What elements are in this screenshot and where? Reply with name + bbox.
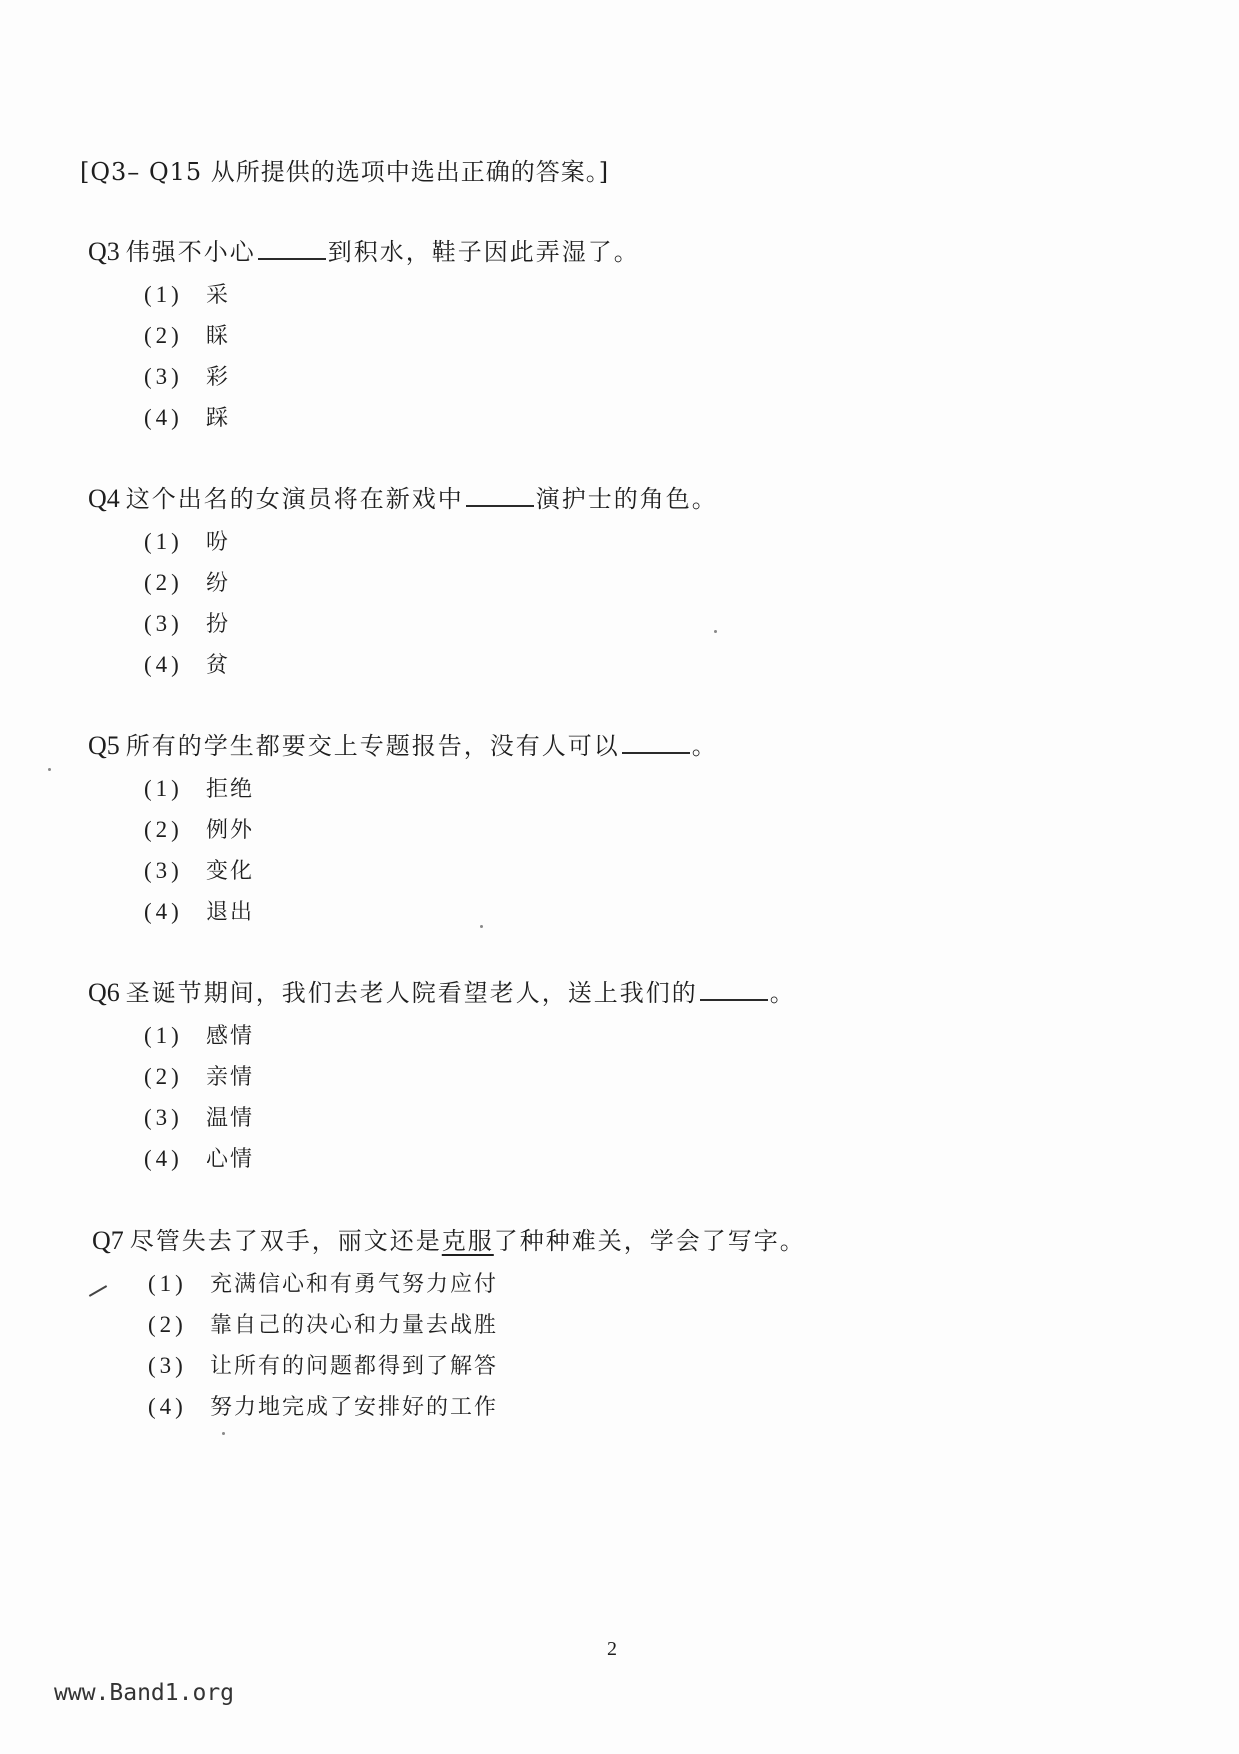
question-q5: Q5所有的学生都要交上专题报告，没有人可以。 (1)拒绝 (2)例外 (3)变化… (88, 726, 718, 932)
scan-speck (480, 925, 483, 928)
option-text: 吩 (206, 530, 230, 555)
option-text: 睬 (206, 324, 230, 349)
stem-text-before: 圣诞节期间，我们去老人院看望老人，送上我们的 (126, 979, 698, 1007)
option-2[interactable]: (2)睬 (144, 315, 640, 356)
question-number: Q3 (88, 237, 120, 266)
option-number: (2) (144, 315, 206, 356)
option-text: 温情 (206, 1106, 254, 1131)
option-text: 彩 (206, 365, 230, 390)
option-text: 让所有的问题都得到了解答 (210, 1354, 498, 1379)
option-number: (2) (144, 1056, 206, 1097)
option-4[interactable]: (4)贫 (144, 644, 718, 685)
option-number: (2) (144, 809, 206, 850)
option-2[interactable]: (2)例外 (144, 809, 718, 850)
section-instruction: [Q3– Q15 从所提供的选项中选出正确的答案。] (80, 152, 609, 187)
scan-speck (714, 630, 717, 633)
option-4[interactable]: (4)退出 (144, 891, 718, 932)
option-4[interactable]: (4)心情 (144, 1138, 796, 1179)
question-stem: Q7尽管失去了双手，丽文还是克服了种种难关，学会了写字。 (92, 1221, 806, 1261)
option-2[interactable]: (2)亲情 (144, 1056, 796, 1097)
stem-text-before: 尽管失去了双手，丽文还是 (130, 1227, 442, 1255)
option-number: (1) (144, 768, 206, 809)
option-1[interactable]: (1)采 (144, 274, 640, 315)
question-number: Q6 (88, 978, 120, 1007)
option-text: 踩 (206, 406, 230, 431)
option-list: (1)感情 (2)亲情 (3)温情 (4)心情 (144, 1015, 796, 1179)
option-number: (3) (144, 850, 206, 891)
stem-text-after: 。 (692, 732, 718, 760)
option-4[interactable]: (4)努力地完成了安排好的工作 (148, 1386, 806, 1427)
option-number: (4) (148, 1386, 210, 1427)
option-1[interactable]: (1)吩 (144, 521, 718, 562)
option-number: (3) (144, 603, 206, 644)
option-text: 努力地完成了安排好的工作 (210, 1395, 498, 1420)
option-text: 纷 (206, 571, 230, 596)
option-3[interactable]: (3)温情 (144, 1097, 796, 1138)
option-text: 亲情 (206, 1065, 254, 1090)
option-text: 充满信心和有勇气努力应付 (210, 1272, 498, 1297)
stem-text-after: 了种种难关，学会了写字。 (494, 1227, 806, 1255)
question-q6: Q6圣诞节期间，我们去老人院看望老人，送上我们的。 (1)感情 (2)亲情 (3… (88, 973, 796, 1179)
stem-text-after: 。 (770, 979, 796, 1007)
option-3[interactable]: (3)扮 (144, 603, 718, 644)
question-stem: Q6圣诞节期间，我们去老人院看望老人，送上我们的。 (88, 973, 796, 1013)
option-2[interactable]: (2)纷 (144, 562, 718, 603)
option-number: (2) (144, 562, 206, 603)
option-number: (1) (144, 521, 206, 562)
scan-speck (222, 1432, 225, 1435)
option-number: (4) (144, 397, 206, 438)
exam-page: [Q3– Q15 从所提供的选项中选出正确的答案。] Q3伟强不小心到积水，鞋子… (0, 0, 1239, 1754)
option-2[interactable]: (2)靠自己的决心和力量去战胜 (148, 1304, 806, 1345)
option-3[interactable]: (3)变化 (144, 850, 718, 891)
stem-text-after: 到积水，鞋子因此弄湿了。 (328, 238, 640, 266)
option-text: 变化 (206, 859, 254, 884)
stem-text-before: 所有的学生都要交上专题报告，没有人可以 (126, 732, 620, 760)
option-4[interactable]: (4)踩 (144, 397, 640, 438)
question-stem: Q5所有的学生都要交上专题报告，没有人可以。 (88, 726, 718, 766)
option-number: (3) (144, 1097, 206, 1138)
option-number: (1) (144, 274, 206, 315)
option-text: 靠自己的决心和力量去战胜 (210, 1313, 498, 1338)
question-q3: Q3伟强不小心到积水，鞋子因此弄湿了。 (1)采 (2)睬 (3)彩 (4)踩 (88, 232, 640, 438)
option-text: 心情 (206, 1147, 254, 1172)
page-number: 2 (607, 1638, 617, 1661)
option-number: (4) (144, 644, 206, 685)
scan-speck (48, 768, 51, 771)
option-list: (1)吩 (2)纷 (3)扮 (4)贫 (144, 521, 718, 685)
option-number: (2) (148, 1304, 210, 1345)
option-text: 采 (206, 283, 230, 308)
option-number: (4) (144, 891, 206, 932)
watermark-link[interactable]: www.Band1.org (54, 1680, 234, 1706)
option-text: 例外 (206, 818, 254, 843)
option-text: 退出 (206, 900, 254, 925)
option-list: (1)采 (2)睬 (3)彩 (4)踩 (144, 274, 640, 438)
stem-text-before: 这个出名的女演员将在新戏中 (126, 485, 464, 513)
option-1[interactable]: (1)充满信心和有勇气努力应付 (148, 1263, 806, 1304)
option-number: (3) (144, 356, 206, 397)
option-1[interactable]: (1)感情 (144, 1015, 796, 1056)
question-number: Q5 (88, 731, 120, 760)
option-text: 扮 (206, 612, 230, 637)
stem-text-before: 伟强不小心 (126, 238, 256, 266)
answer-blank (622, 726, 690, 754)
question-q7: Q7尽管失去了双手，丽文还是克服了种种难关，学会了写字。 (1)充满信心和有勇气… (92, 1221, 806, 1427)
option-list: (1)拒绝 (2)例外 (3)变化 (4)退出 (144, 768, 718, 932)
option-number: (4) (144, 1138, 206, 1179)
answer-blank (700, 973, 768, 1001)
option-number: (3) (148, 1345, 210, 1386)
question-stem: Q3伟强不小心到积水，鞋子因此弄湿了。 (88, 232, 640, 272)
option-text: 拒绝 (206, 777, 254, 802)
question-stem: Q4这个出名的女演员将在新戏中演护士的角色。 (88, 479, 718, 519)
option-number: (1) (148, 1263, 210, 1304)
question-number: Q7 (92, 1226, 124, 1255)
option-text: 贫 (206, 653, 230, 678)
stem-text-after: 演护士的角色。 (536, 485, 718, 513)
option-3[interactable]: (3)让所有的问题都得到了解答 (148, 1345, 806, 1386)
option-1[interactable]: (1)拒绝 (144, 768, 718, 809)
underlined-term: 克服 (442, 1227, 494, 1255)
answer-blank (466, 479, 534, 507)
option-list: (1)充满信心和有勇气努力应付 (2)靠自己的决心和力量去战胜 (3)让所有的问… (148, 1263, 806, 1427)
option-3[interactable]: (3)彩 (144, 356, 640, 397)
option-number: (1) (144, 1015, 206, 1056)
question-number: Q4 (88, 484, 120, 513)
answer-blank (258, 232, 326, 260)
option-text: 感情 (206, 1024, 254, 1049)
question-q4: Q4这个出名的女演员将在新戏中演护士的角色。 (1)吩 (2)纷 (3)扮 (4… (88, 479, 718, 685)
